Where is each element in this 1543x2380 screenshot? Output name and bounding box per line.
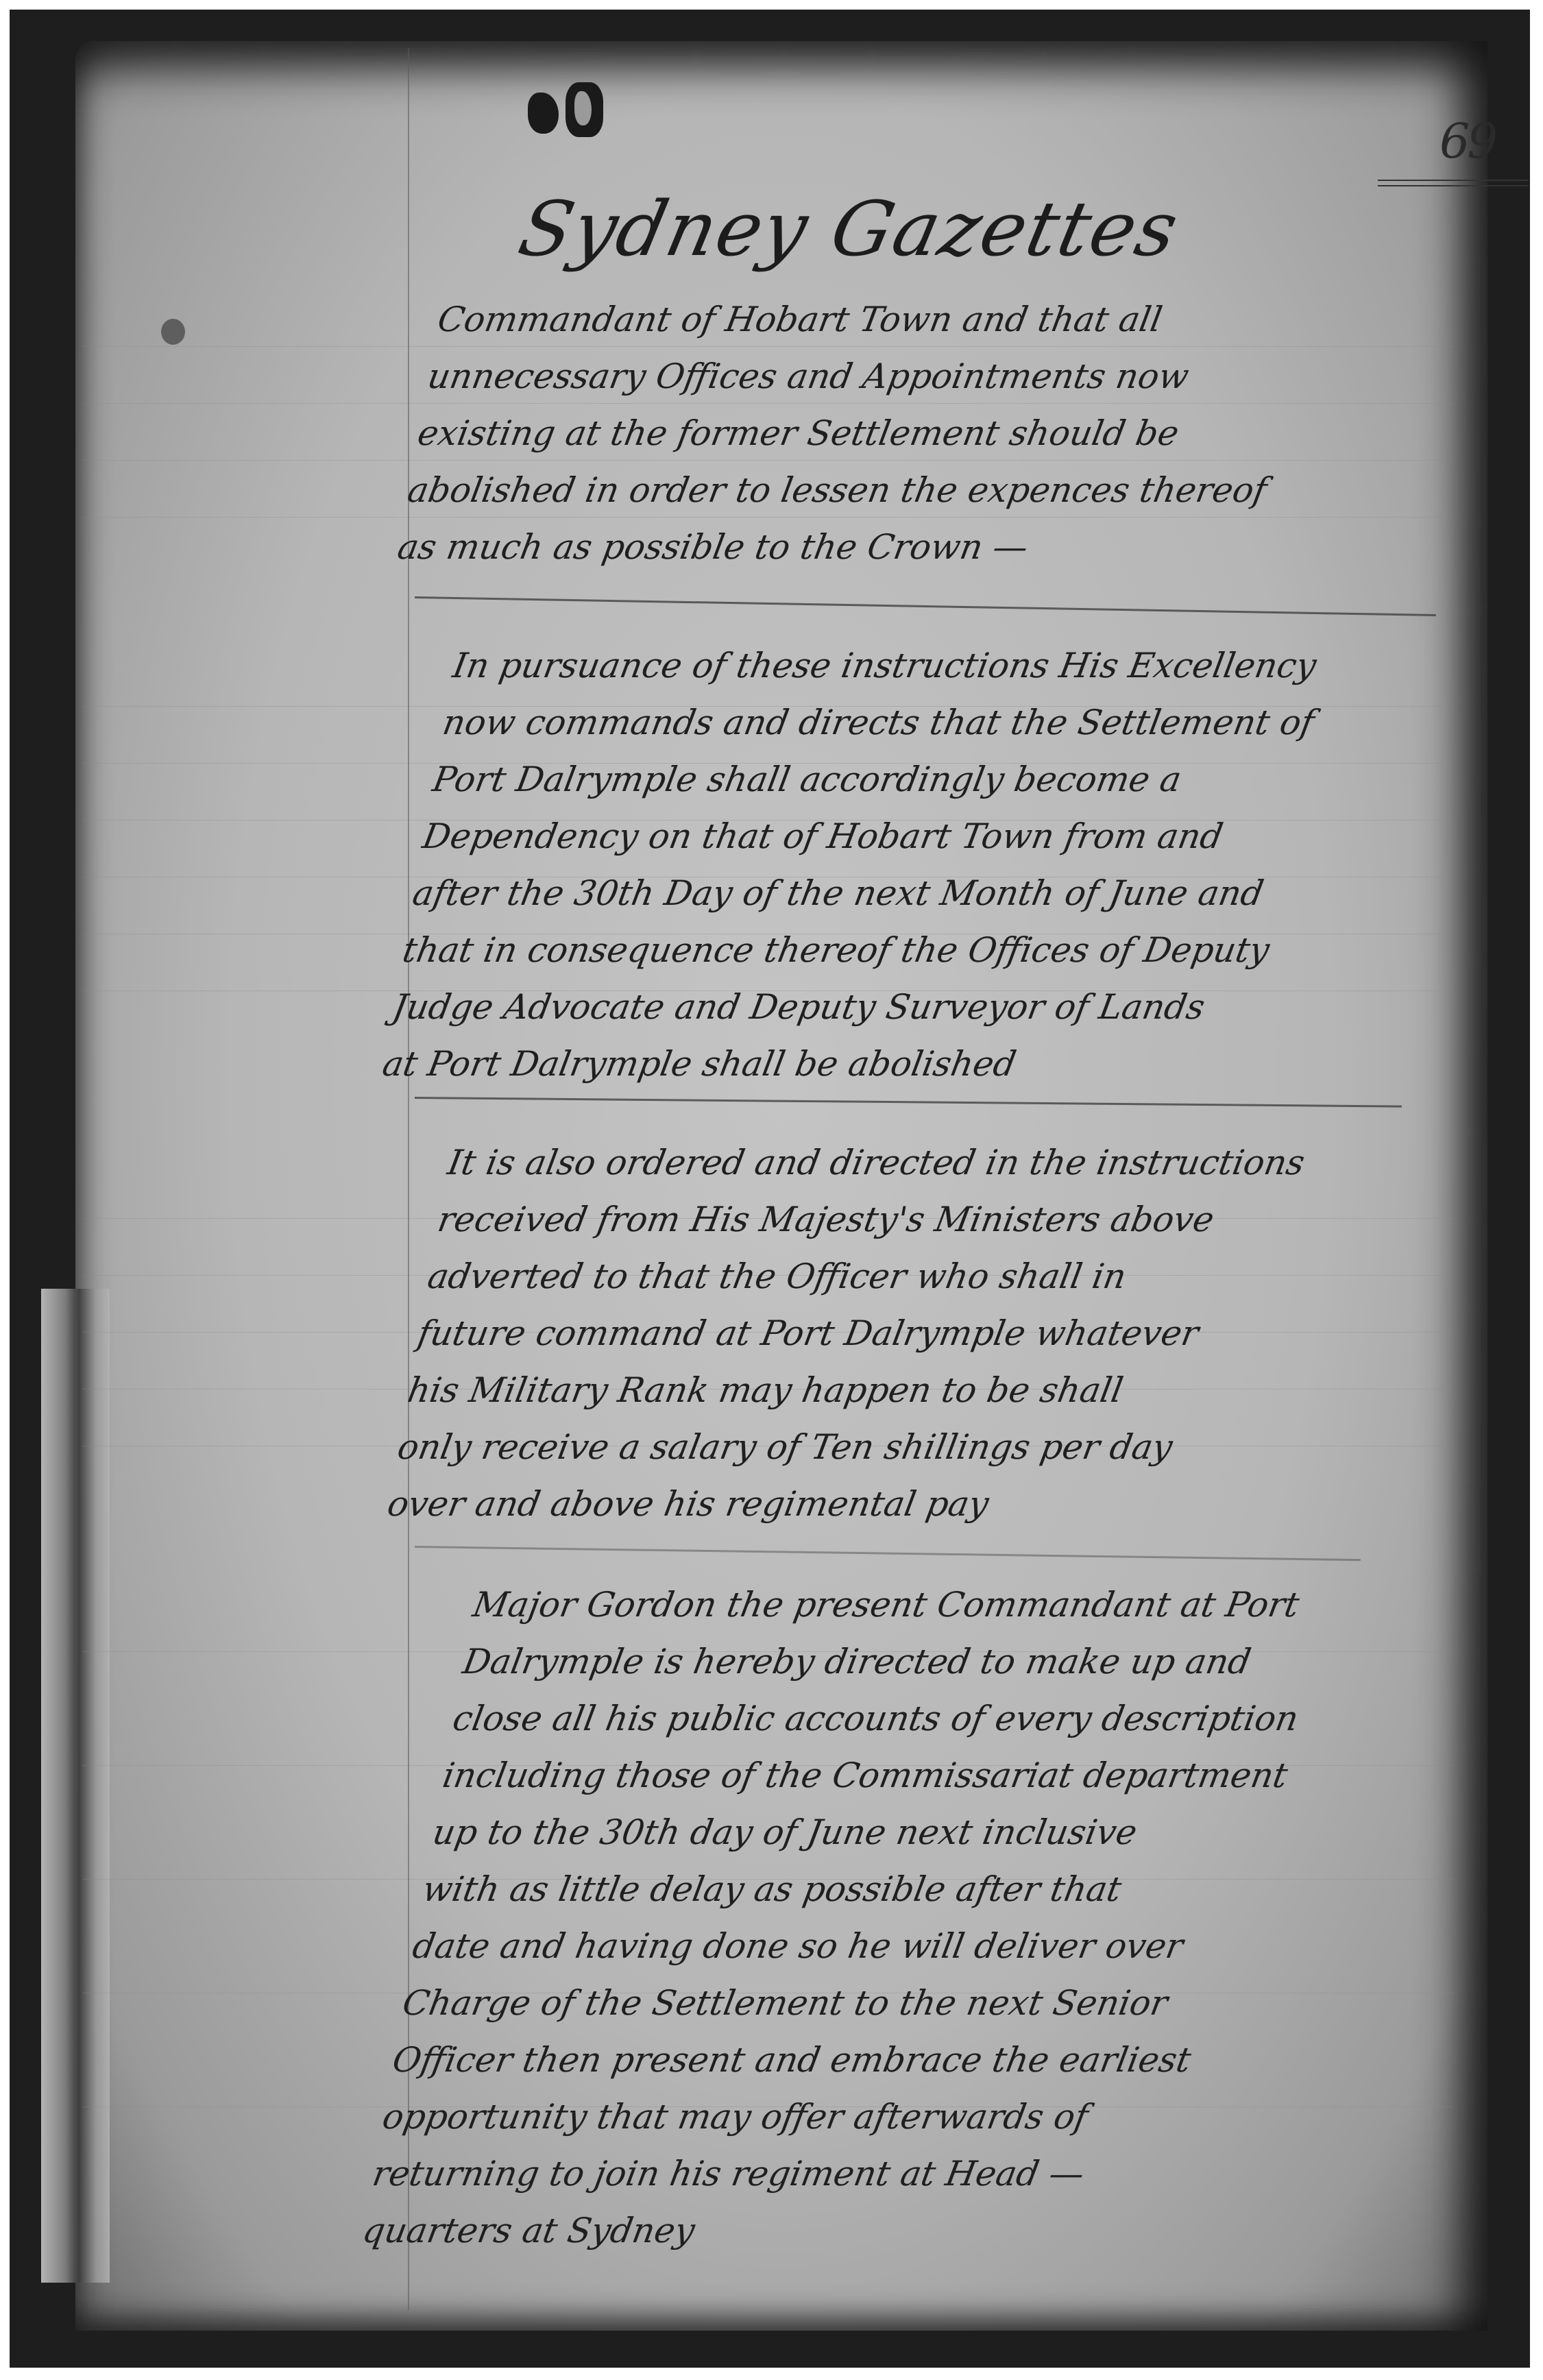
- ink-blot: [528, 79, 617, 141]
- text-line: now commands and directs that the Settle…: [438, 694, 1504, 751]
- text-line: including those of the Commissariat depa…: [438, 1747, 1504, 1804]
- text-line: received from His Majesty's Ministers ab…: [433, 1191, 1499, 1248]
- text-line: quarters at Sydney: [358, 2202, 1424, 2259]
- page-number-underline: [1378, 180, 1529, 186]
- text-line: abolished in order to lessen the expence…: [403, 462, 1469, 519]
- page-title: Sydney Gazettes: [511, 185, 1187, 273]
- text-line: Judge Advocate and Deputy Surveyor of La…: [388, 979, 1454, 1036]
- text-line: Major Gordon the present Commandant at P…: [468, 1577, 1534, 1634]
- paragraph-3: It is also ordered and directed in the i…: [383, 1134, 1509, 1533]
- text-line: Port Dalrymple shall accordingly become …: [428, 751, 1494, 808]
- text-line: after the 30th Day of the next Month of …: [408, 865, 1474, 922]
- text-line: Dependency on that of Hobart Town from a…: [418, 808, 1484, 865]
- text-line: opportunity that may offer afterwards of: [378, 2089, 1444, 2146]
- text-line: his Military Rank may happen to be shall: [403, 1362, 1469, 1419]
- paragraph-1: Commandant of Hobart Town and that all u…: [393, 291, 1498, 576]
- text-line: Commandant of Hobart Town and that all: [433, 291, 1499, 348]
- text-line: adverted to that the Officer who shall i…: [423, 1248, 1489, 1305]
- text-line: close all his public accounts of every d…: [448, 1690, 1514, 1747]
- text-line: with as little delay as possible after t…: [418, 1861, 1484, 1918]
- text-line: returning to join his regiment at Head —: [368, 2146, 1434, 2202]
- text-line: Charge of the Settlement to the next Sen…: [398, 1975, 1464, 2032]
- text-line: It is also ordered and directed in the i…: [444, 1134, 1509, 1191]
- paper-stain: [161, 319, 185, 345]
- text-line: unnecessary Offices and Appointments now: [423, 348, 1489, 405]
- text-line: date and having done so he will deliver …: [408, 1918, 1474, 1975]
- text-line: that in consequence thereof the Offices …: [398, 922, 1464, 979]
- text-line: Officer then present and embrace the ear…: [388, 2032, 1454, 2089]
- text-line: Dalrymple is hereby directed to make up …: [459, 1634, 1524, 1690]
- paragraph-4: Major Gordon the present Commandant at P…: [358, 1577, 1534, 2259]
- text-line: future command at Port Dalrymple whateve…: [413, 1305, 1479, 1362]
- text-line: In pursuance of these instructions His E…: [448, 637, 1514, 694]
- text-line: existing at the former Settlement should…: [413, 405, 1479, 462]
- page-number: 69: [1439, 113, 1495, 169]
- text-line: over and above his regimental pay: [383, 1476, 1449, 1533]
- text-line: up to the 30th day of June next inclusiv…: [428, 1804, 1494, 1861]
- torn-binding-edge: [41, 1289, 110, 2283]
- text-line: at Port Dalrymple shall be abolished: [378, 1036, 1444, 1093]
- paragraph-2: In pursuance of these instructions His E…: [378, 637, 1514, 1093]
- text-line: only receive a salary of Ten shillings p…: [393, 1419, 1459, 1476]
- text-line: as much as possible to the Crown —: [393, 519, 1459, 576]
